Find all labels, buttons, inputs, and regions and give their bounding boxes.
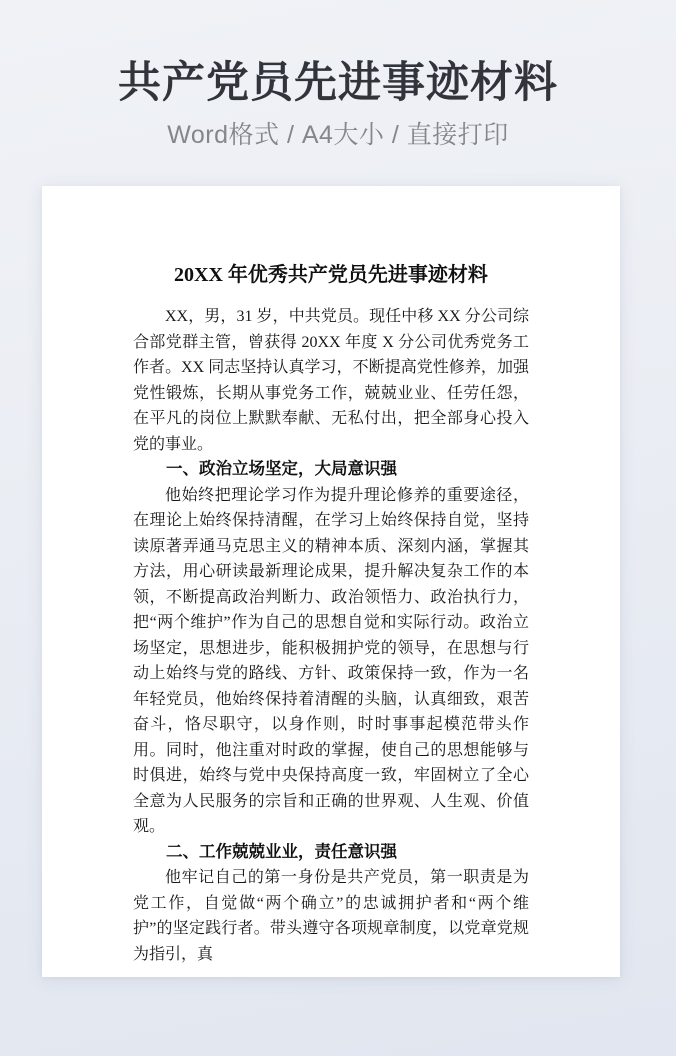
promo-subtitle: Word格式 / A4大小 / 直接打印	[0, 120, 676, 150]
promo-banner: 共产党员先进事迹材料 Word格式 / A4大小 / 直接打印	[0, 0, 676, 150]
doc-paragraph-intro: XX，男，31 岁，中共党员。现任中移 XX 分公司综合部党群主管，曾获得 20…	[133, 304, 529, 457]
doc-heading-1: 一、政治立场坚定，大局意识强	[133, 457, 529, 483]
promo-title: 共产党员先进事迹材料	[0, 57, 676, 109]
document-content: 20XX 年优秀共产党员先进事迹材料 XX，男，31 岁，中共党员。现任中移 X…	[42, 186, 620, 967]
doc-paragraph-2: 他牢记自己的第一身份是共产党员，第一职责是为党工作，自觉做“两个确立”的忠诚拥护…	[133, 865, 529, 967]
doc-heading-2: 二、工作兢兢业业，责任意识强	[133, 840, 529, 866]
document-title: 20XX 年优秀共产党员先进事迹材料	[133, 260, 529, 290]
document-page: 20XX 年优秀共产党员先进事迹材料 XX，男，31 岁，中共党员。现任中移 X…	[42, 186, 620, 977]
doc-paragraph-1: 他始终把理论学习作为提升理论修养的重要途径，在理论上始终保持清醒，在学习上始终保…	[133, 483, 529, 840]
